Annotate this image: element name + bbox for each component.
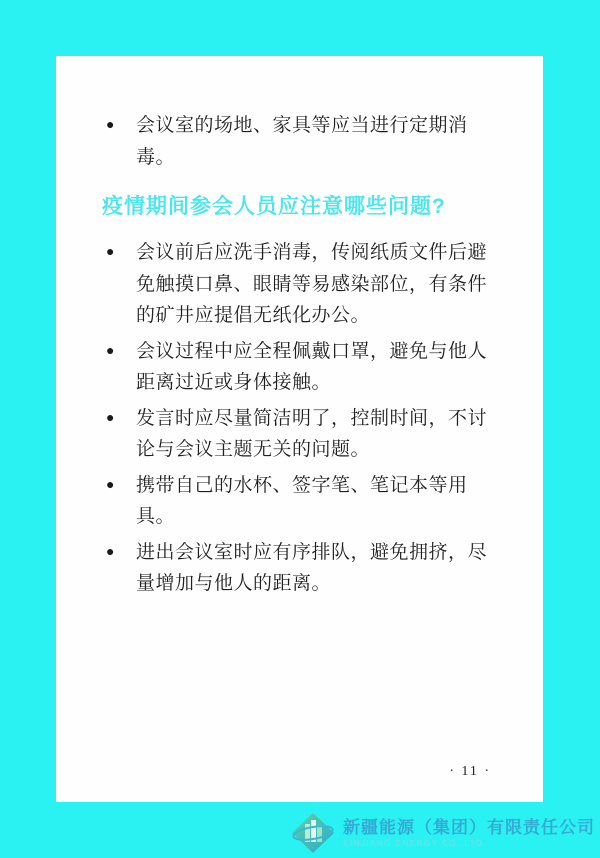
bullet-marker: ●: [102, 336, 136, 367]
page-content: ● 会议室的场地、家具等应当进行定期消毒。 疫情期间参会人员应注意哪些问题? ●…: [56, 56, 543, 600]
page-number: · 11 ·: [449, 764, 491, 780]
top-bullet-text: 会议室的场地、家具等应当进行定期消毒。: [136, 110, 505, 173]
document-page: ● 会议室的场地、家具等应当进行定期消毒。 疫情期间参会人员应注意哪些问题? ●…: [56, 56, 543, 802]
list-item: ● 进出会议室时应有序排队，避免拥挤，尽量增加与他人的距离。: [102, 537, 505, 600]
company-name: 新疆能源（集团）有限责任公司: [343, 818, 595, 837]
list-item: ● 携带自己的水杯、签字笔、笔记本等用具。: [102, 470, 505, 533]
list-item-text: 进出会议室时应有序排队，避免拥挤，尽量增加与他人的距离。: [136, 537, 505, 600]
top-bullet-item: ● 会议室的场地、家具等应当进行定期消毒。: [102, 110, 505, 173]
cyan-background: ● 会议室的场地、家具等应当进行定期消毒。 疫情期间参会人员应注意哪些问题? ●…: [0, 0, 600, 858]
bullet-marker: ●: [102, 470, 136, 501]
list-item-text: 会议前后应洗手消毒，传阅纸质文件后避免触摸口鼻、眼睛等易感染部位，有条件的矿井应…: [136, 237, 505, 332]
company-text-block: 新疆能源（集团）有限责任公司 XINJIANG ENERGY CO.,LTD: [343, 818, 595, 849]
bullet-marker: ●: [102, 237, 136, 268]
list-item: ● 发言时应尽量简洁明了，控制时间，不讨论与会议主题无关的问题。: [102, 403, 505, 466]
company-name-en: XINJIANG ENERGY CO.,LTD: [343, 838, 595, 849]
diamond-buildings-logo-icon: [291, 812, 335, 854]
list-item: ● 会议过程中应全程佩戴口罩，避免与他人距离过近或身体接触。: [102, 336, 505, 399]
list-item-text: 携带自己的水杯、签字笔、笔记本等用具。: [136, 470, 505, 533]
bullet-marker: ●: [102, 537, 136, 568]
list-item: ● 会议前后应洗手消毒，传阅纸质文件后避免触摸口鼻、眼睛等易感染部位，有条件的矿…: [102, 237, 505, 332]
company-footer: 新疆能源（集团）有限责任公司 XINJIANG ENERGY CO.,LTD: [291, 810, 595, 856]
bullet-marker: ●: [102, 403, 136, 434]
bullet-marker: ●: [102, 110, 136, 141]
list-item-text: 发言时应尽量简洁明了，控制时间，不讨论与会议主题无关的问题。: [136, 403, 505, 466]
list-item-text: 会议过程中应全程佩戴口罩，避免与他人距离过近或身体接触。: [136, 336, 505, 399]
bullet-list: ● 会议前后应洗手消毒，传阅纸质文件后避免触摸口鼻、眼睛等易感染部位，有条件的矿…: [102, 237, 505, 600]
section-heading: 疫情期间参会人员应注意哪些问题?: [102, 194, 505, 220]
